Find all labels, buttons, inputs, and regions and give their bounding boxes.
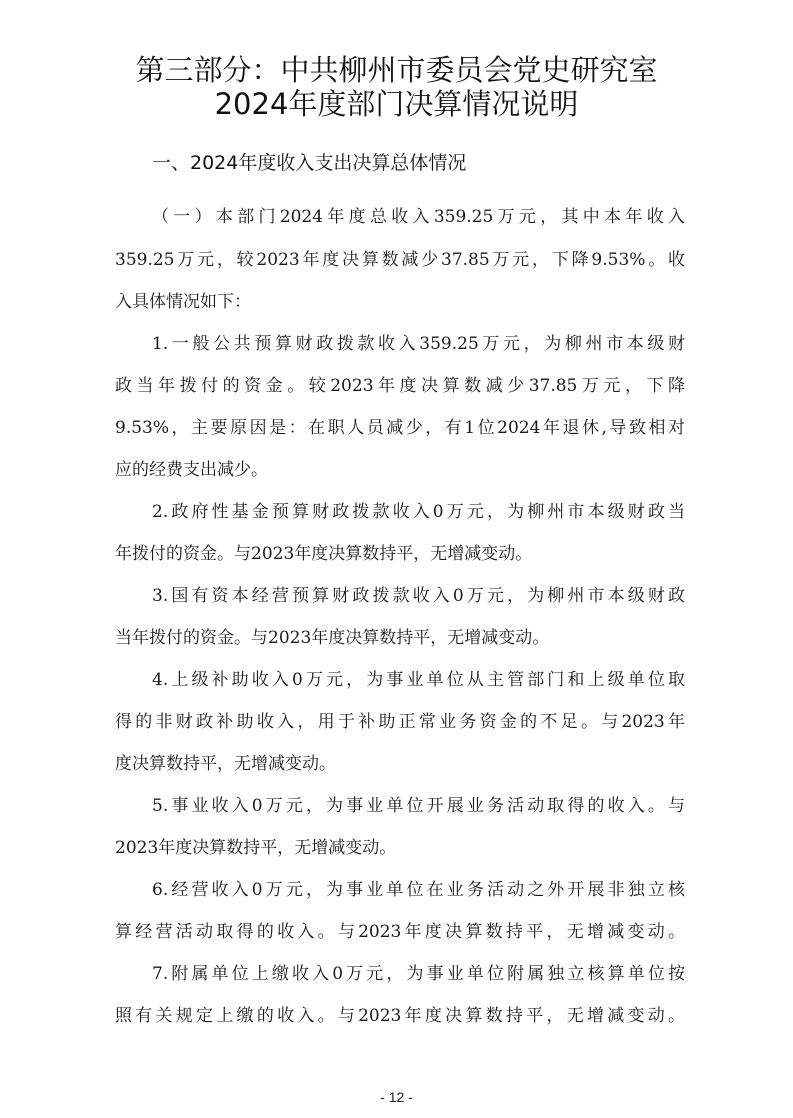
- text-line: 入具体情况如下：: [115, 290, 685, 314]
- text-line: 2.政府性基金预算财政拨款收入0万元，为柳州市本级财政当: [152, 500, 685, 524]
- text-line: 当年拨付的资金。与2023年度决算数持平，无增减变动。: [115, 626, 685, 650]
- text-line: （一）本部门2024年度总收入359.25万元，其中本年收入: [152, 205, 685, 229]
- text-line: 3.国有资本经营预算财政拨款收入0万元，为柳州市本级财政: [152, 584, 685, 608]
- document-title-line-1: 第三部分：中共柳州市委员会党史研究室: [0, 53, 793, 87]
- text-line: 算经营活动取得的收入。与2023年度决算数持平，无增减变动。: [115, 920, 685, 944]
- text-line: 年拨付的资金。与2023年度决算数持平，无增减变动。: [115, 542, 685, 566]
- text-line: 得的非财政补助收入，用于补助正常业务资金的不足。与2023年: [115, 710, 685, 734]
- text-line: 照有关规定上缴的收入。与2023年度决算数持平，无增减变动。: [115, 1004, 685, 1028]
- text-line: 1.一般公共预算财政拨款收入359.25万元，为柳州市本级财: [152, 332, 685, 356]
- text-line: 7.附属单位上缴收入0万元，为事业单位附属独立核算单位按: [152, 962, 685, 986]
- text-line: 9.53%，主要原因是：在职人员减少，有1位2024年退休,导致相对: [115, 416, 685, 440]
- text-line: 5.事业收入0万元，为事业单位开展业务活动取得的收入。与: [152, 794, 685, 818]
- text-line: 2023年度决算数持平，无增减变动。: [115, 836, 685, 860]
- text-line: 政当年拨付的资金。较2023年度决算数减少37.85万元，下降: [115, 374, 685, 398]
- text-line: 度决算数持平，无增减变动。: [115, 752, 685, 776]
- page-number: - 12 -: [0, 1088, 793, 1106]
- text-line: 应的经费支出减少。: [115, 458, 685, 482]
- section-heading: 一、2024年度收入支出决算总体情况: [152, 150, 466, 176]
- text-line: 4.上级补助收入0万元，为事业单位从主管部门和上级单位取: [152, 668, 685, 692]
- text-line: 359.25万元，较2023年度决算数减少37.85万元，下降9.53%。收: [115, 248, 685, 272]
- text-line: 6.经营收入0万元，为事业单位在业务活动之外开展非独立核: [152, 878, 685, 902]
- document-page: 第三部分：中共柳州市委员会党史研究室 2024年度部门决算情况说明 一、2024…: [0, 0, 793, 1118]
- document-title-line-2: 2024年度部门决算情况说明: [0, 87, 793, 121]
